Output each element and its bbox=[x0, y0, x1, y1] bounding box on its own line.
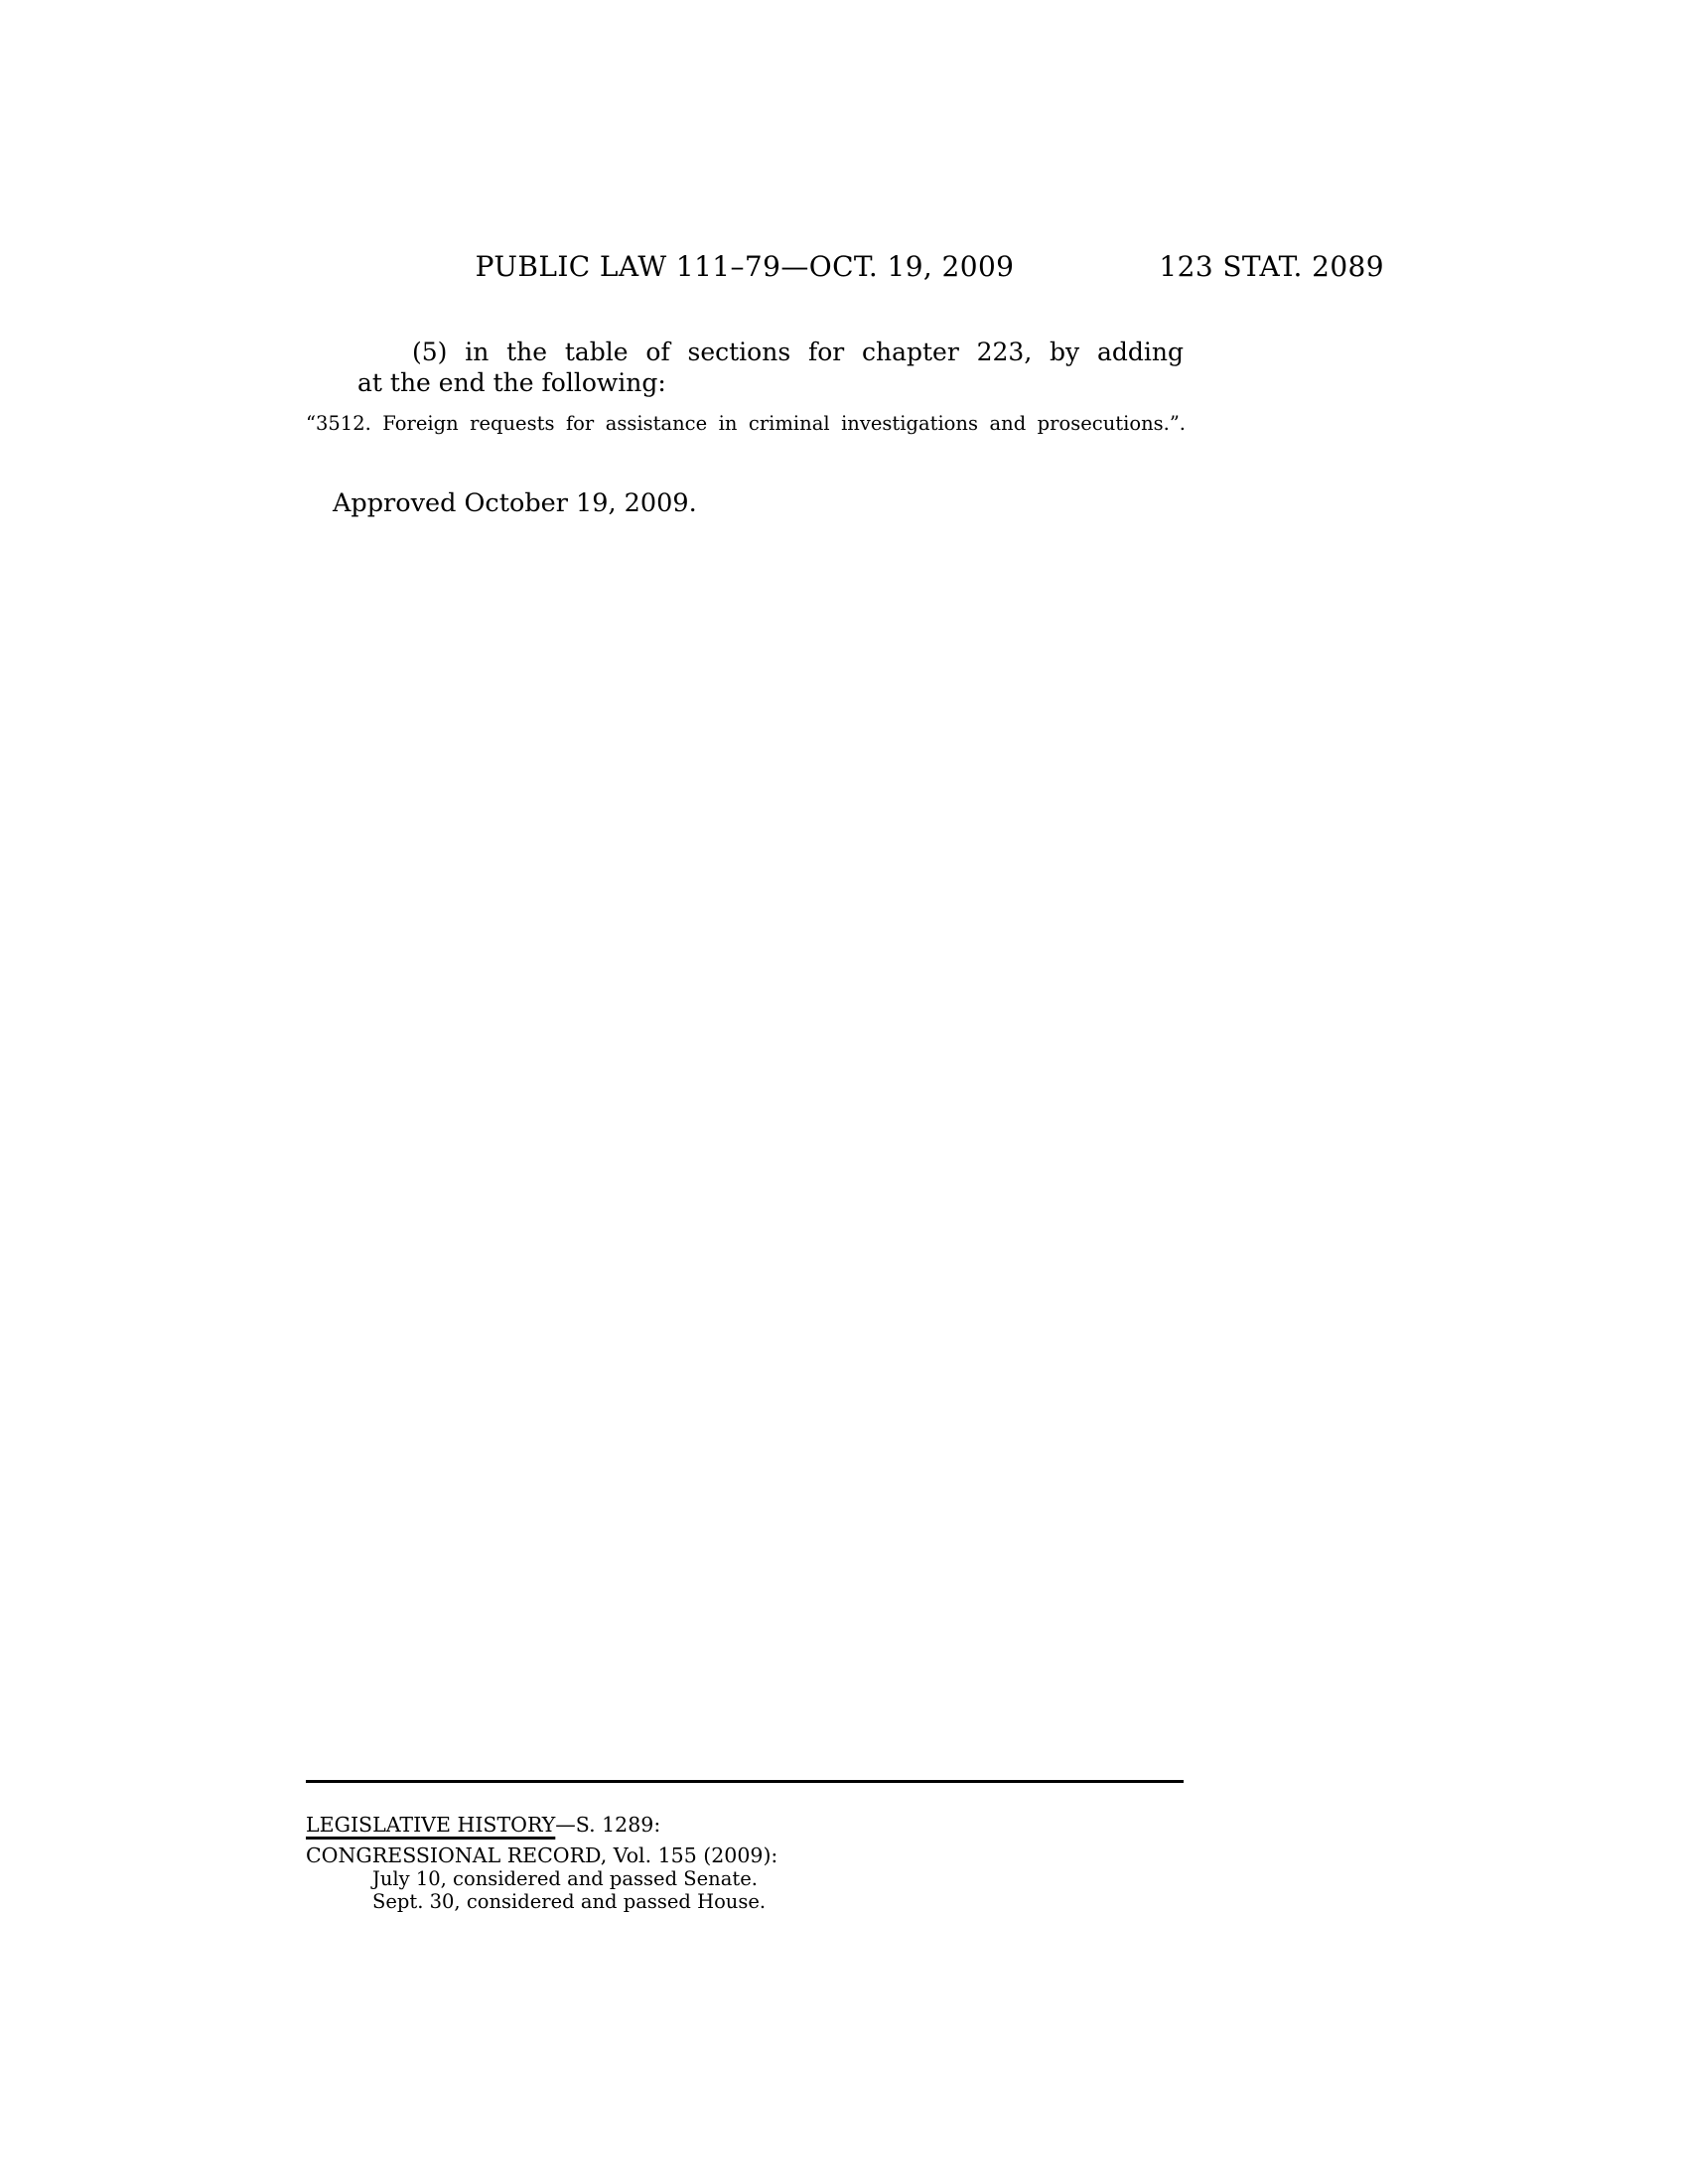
congressional-record-entry-house: Sept. 30, considered and passed House. bbox=[372, 1890, 766, 1913]
legislative-history-divider bbox=[306, 1780, 1184, 1783]
legislative-history-bill-number: —S. 1289: bbox=[555, 1813, 660, 1837]
approval-date-line: Approved October 19, 2009. bbox=[333, 488, 697, 518]
running-head: PUBLIC LAW 111–79—OCT. 19, 2009 123 STAT… bbox=[306, 250, 1384, 290]
legislative-history-label: LEGISLATIVE HISTORY bbox=[306, 1813, 555, 1837]
table-of-sections-entry: “3512. Foreign requests for assistance i… bbox=[306, 412, 1186, 435]
amendment-clause-line-2: at the end the following: bbox=[357, 367, 1184, 398]
congressional-record-heading: CONGRESSIONAL RECORD, Vol. 155 (2009): bbox=[306, 1843, 777, 1867]
statutes-at-large-page-number: 123 STAT. 2089 bbox=[1159, 250, 1384, 283]
statute-page: PUBLIC LAW 111–79—OCT. 19, 2009 123 STAT… bbox=[0, 0, 1688, 2184]
amendment-clause-line-1: (5) in the table of sections for chapter… bbox=[412, 337, 1184, 367]
amendment-clause: (5) in the table of sections for chapter… bbox=[306, 337, 1184, 398]
legislative-history-heading: LEGISLATIVE HISTORY—S. 1289: bbox=[306, 1813, 660, 1837]
congressional-record-entry-senate: July 10, considered and passed Senate. bbox=[372, 1867, 758, 1890]
public-law-title: PUBLIC LAW 111–79—OCT. 19, 2009 bbox=[306, 250, 1184, 283]
